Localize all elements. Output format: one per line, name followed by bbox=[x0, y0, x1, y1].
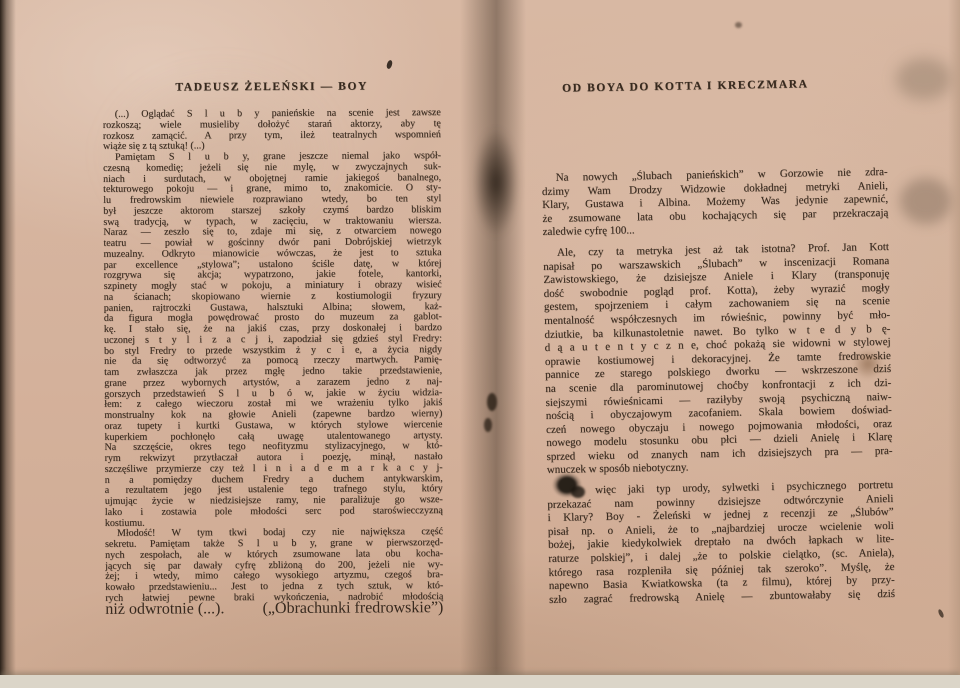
scan-edge-bottom bbox=[0, 675, 960, 688]
left-page: TADEUSZ ŻELEŃSKI — BOY (...) Oglądać Ś l… bbox=[103, 79, 444, 615]
closing-phrase: niż odwrotnie (...). bbox=[105, 604, 224, 615]
gutter-dark-blob bbox=[468, 115, 524, 250]
paragraph: więc jaki typ urody, sylwetki i psychicz… bbox=[547, 479, 895, 607]
right-page: OD BOYA DO KOTTA I KRECZMARA Na nowych „… bbox=[540, 76, 895, 607]
paragraph: Młodość! W tym tkwi bodaj czy nie najwię… bbox=[105, 527, 443, 604]
attribution-row: niż odwrotnie (...). („Obrachunki fredro… bbox=[105, 603, 443, 616]
page-gutter-shadow bbox=[460, 0, 526, 676]
book-scan: TADEUSZ ŻELEŃSKI — BOY (...) Oglądać Ś l… bbox=[0, 0, 960, 688]
paragraph: Ale, czy ta metryka jest aż tak istotna?… bbox=[543, 241, 893, 478]
paragraph: (...) Oglądać Ś l u b y panieńskie na sc… bbox=[103, 108, 441, 153]
scan-edge-left bbox=[0, 0, 16, 676]
scan-edge-right bbox=[948, 0, 960, 676]
gutter-mark bbox=[484, 418, 492, 432]
text-line: rozkosz zamącić. A przy tym, ileż teatra… bbox=[103, 130, 441, 143]
left-page-title: TADEUSZ ŻELEŃSKI — BOY bbox=[103, 79, 441, 95]
ink-speck bbox=[937, 609, 944, 619]
gutter-mark bbox=[487, 393, 497, 411]
ink-speck bbox=[386, 59, 394, 69]
right-page-title: OD BOYA DO KOTTA I KRECZMARA bbox=[562, 76, 886, 96]
smudge-stain bbox=[900, 178, 952, 224]
left-page-body: (...) Oglądać Ś l u b y panieńskie na sc… bbox=[103, 108, 444, 604]
right-page-body: Na nowych „Ślubach panieńskich” w Gorzow… bbox=[542, 166, 896, 607]
ink-speck bbox=[735, 22, 742, 28]
smudge-stain bbox=[896, 58, 952, 100]
source-citation: („Obrachunki fredrowskie”) bbox=[263, 603, 444, 615]
paragraph: Pamiętam Ś l u b y, grane jeszcze niemal… bbox=[103, 151, 443, 529]
paragraph: Na nowych „Ślubach panieńskich” w Gorzow… bbox=[542, 166, 889, 240]
text-line: lako i zostawia pole młodości serc pod s… bbox=[105, 506, 443, 519]
